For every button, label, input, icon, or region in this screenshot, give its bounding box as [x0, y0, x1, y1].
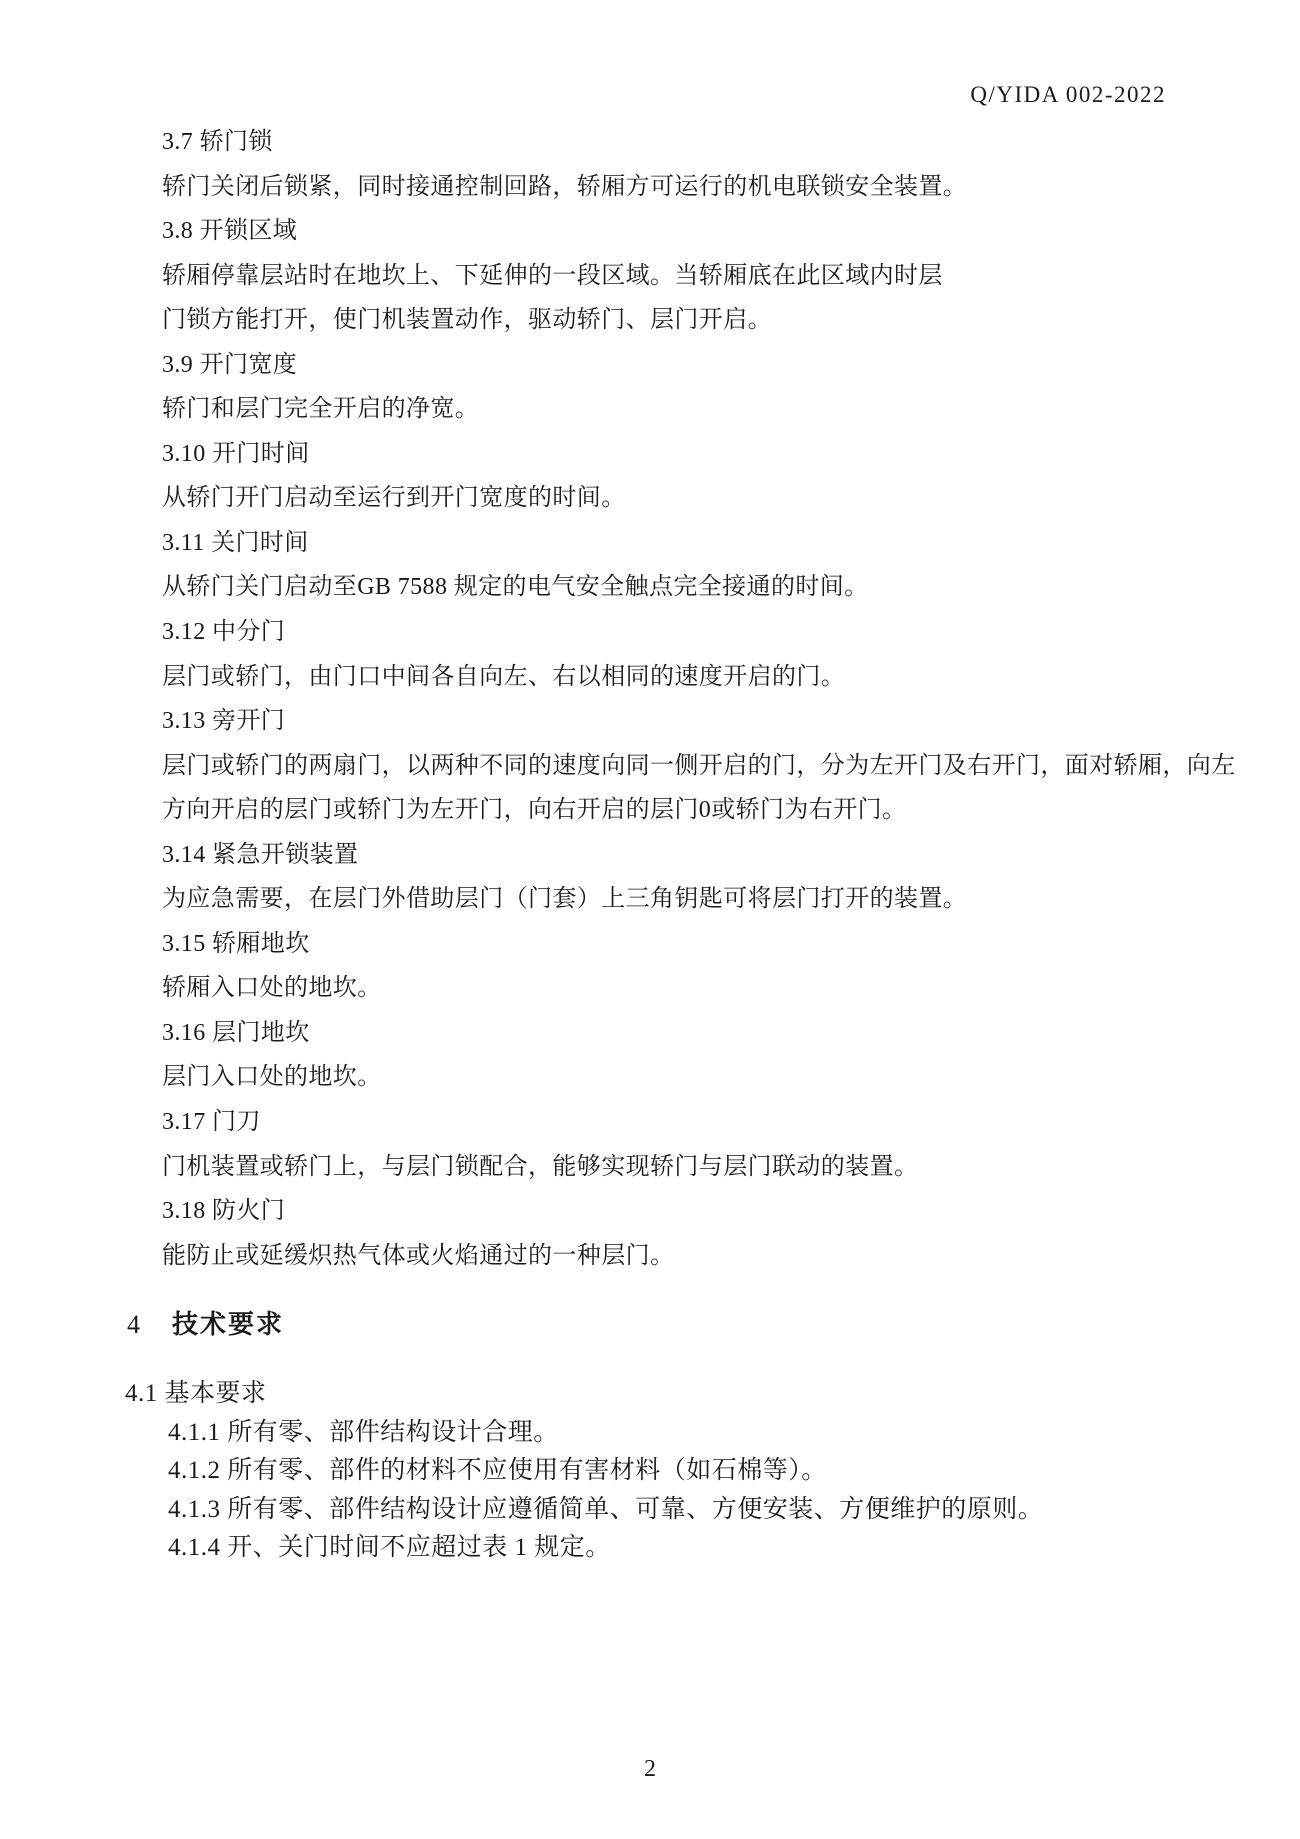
doc-lines: 3.7 轿门锁轿门关闭后锁紧，同时接通控制回路，轿厢方可运行的机电联锁安全装置。…	[162, 120, 1257, 1278]
section-body-line: 从轿门关门启动至GB 7588 规定的电气安全触点完全接通的时间。	[162, 565, 1257, 610]
section-heading: 3.9 开门宽度	[162, 343, 1257, 388]
section-body-line: 从轿门开门启动至运行到开门宽度的时间。	[162, 476, 1257, 521]
requirement-item: 4.1.1 所有零、部件结构设计合理。	[168, 1414, 1043, 1452]
chapter-number: 4	[127, 1308, 140, 1342]
document-page: Q/YIDA 002-2022 3.7 轿门锁轿门关闭后锁紧，同时接通控制回路，…	[0, 0, 1300, 1839]
section-body-line: 门机装置或轿门上，与层门锁配合，能够实现轿门与层门联动的装置。	[162, 1145, 1257, 1190]
section-heading: 3.13 旁开门	[162, 699, 1257, 744]
section-body-line: 轿门关闭后锁紧，同时接通控制回路，轿厢方可运行的机电联锁安全装置。	[162, 165, 1257, 210]
chapter-heading: 4技术要求	[127, 1308, 284, 1342]
section-body-line: 层门入口处的地坎。	[162, 1055, 1257, 1100]
section-body-line: 轿门和层门完全开启的净宽。	[162, 387, 1257, 432]
section-heading: 3.11 关门时间	[162, 521, 1257, 566]
section-body-line: 能防止或延缓炽热气体或火焰通过的一种层门。	[162, 1234, 1257, 1279]
section-heading: 3.17 门刀	[162, 1100, 1257, 1145]
document-code-header: Q/YIDA 002-2022	[970, 82, 1166, 108]
section-heading: 3.14 紧急开锁装置	[162, 833, 1257, 878]
section-body-line: 层门或轿门的两扇门，以两种不同的速度向同一侧开启的门，分为左开门及右开门，面对轿…	[162, 744, 1257, 789]
requirement-item: 4.1.3 所有零、部件结构设计应遵循简单、可靠、方便安装、方便维护的原则。	[168, 1491, 1043, 1529]
section-body-line: 为应急需要，在层门外借助层门（门套）上三角钥匙可将层门打开的装置。	[162, 877, 1257, 922]
section-heading: 3.16 层门地坎	[162, 1011, 1257, 1056]
requirement-items: 4.1.1 所有零、部件结构设计合理。4.1.2 所有零、部件的材料不应使用有害…	[168, 1414, 1043, 1567]
section-body-line: 方向开启的层门或轿门为左开门，向右开启的层门0或轿门为右开门。	[162, 788, 1257, 833]
section-heading: 3.15 轿厢地坎	[162, 922, 1257, 967]
section-body-line: 轿厢入口处的地坎。	[162, 966, 1257, 1011]
section-body-line: 轿厢停靠层站时在地坎上、下延伸的一段区域。当轿厢底在此区域内时层	[162, 254, 1257, 299]
requirement-item: 4.1.4 开、关门时间不应超过表 1 规定。	[168, 1529, 1043, 1567]
section-heading: 3.10 开门时间	[162, 432, 1257, 477]
section-body-line: 门锁方能打开，使门机装置动作，驱动轿门、层门开启。	[162, 298, 1257, 343]
section-heading: 3.8 开锁区域	[162, 209, 1257, 254]
section-heading: 3.18 防火门	[162, 1189, 1257, 1234]
requirement-item: 4.1.2 所有零、部件的材料不应使用有害材料（如石棉等）。	[168, 1452, 1043, 1490]
section-heading: 3.7 轿门锁	[162, 120, 1257, 165]
section-heading: 3.12 中分门	[162, 610, 1257, 655]
section-body-line: 层门或轿门，由门口中间各自向左、右以相同的速度开启的门。	[162, 655, 1257, 700]
subsection-heading: 4.1 基本要求	[125, 1378, 267, 1410]
page-number: 2	[0, 1756, 1300, 1783]
chapter-title: 技术要求	[172, 1310, 284, 1339]
